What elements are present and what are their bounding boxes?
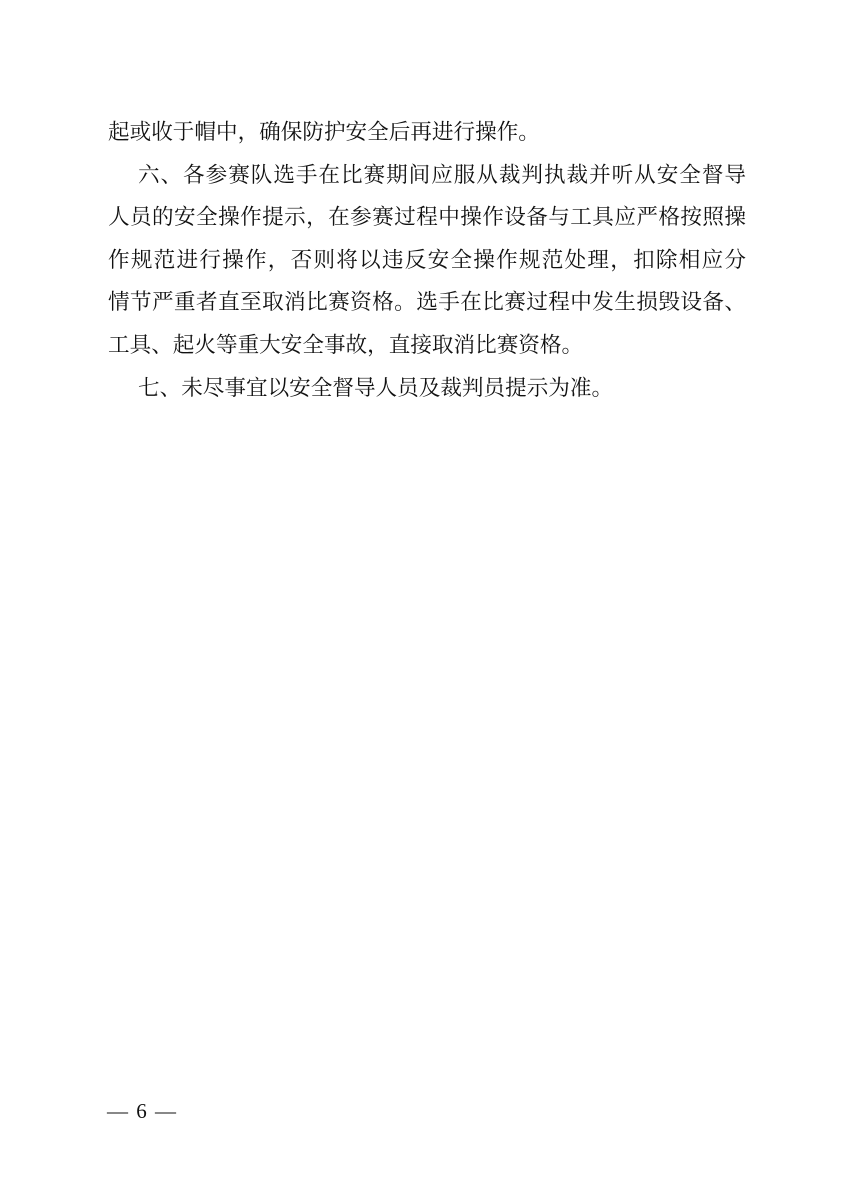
body-text-block: 起或收于帽中，确保防护安全后再进行操作。 六、各参赛队选手在比赛期间应服从裁判执… (108, 111, 746, 409)
text-line-item-six-start: 六、各参赛队选手在比赛期间应服从裁判执裁并听从安全督导 (108, 154, 746, 197)
page-number: — 6 — (107, 1089, 178, 1133)
document-page: 起或收于帽中，确保防护安全后再进行操作。 六、各参赛队选手在比赛期间应服从裁判执… (0, 0, 848, 1200)
text-line: 作规范进行操作，否则将以违反安全操作规范处理，扣除相应分数， (108, 239, 746, 282)
text-line: 人员的安全操作提示，在参赛过程中操作设备与工具应严格按照操 (108, 196, 746, 239)
text-line: 工具、起火等重大安全事故，直接取消比赛资格。 (108, 324, 746, 367)
text-line-item-seven: 七、未尽事宜以安全督导人员及裁判员提示为准。 (108, 367, 746, 410)
text-line-continuation: 起或收于帽中，确保防护安全后再进行操作。 (108, 111, 746, 154)
text-line: 情节严重者直至取消比赛资格。选手在比赛过程中发生损毁设备、 (108, 281, 746, 324)
